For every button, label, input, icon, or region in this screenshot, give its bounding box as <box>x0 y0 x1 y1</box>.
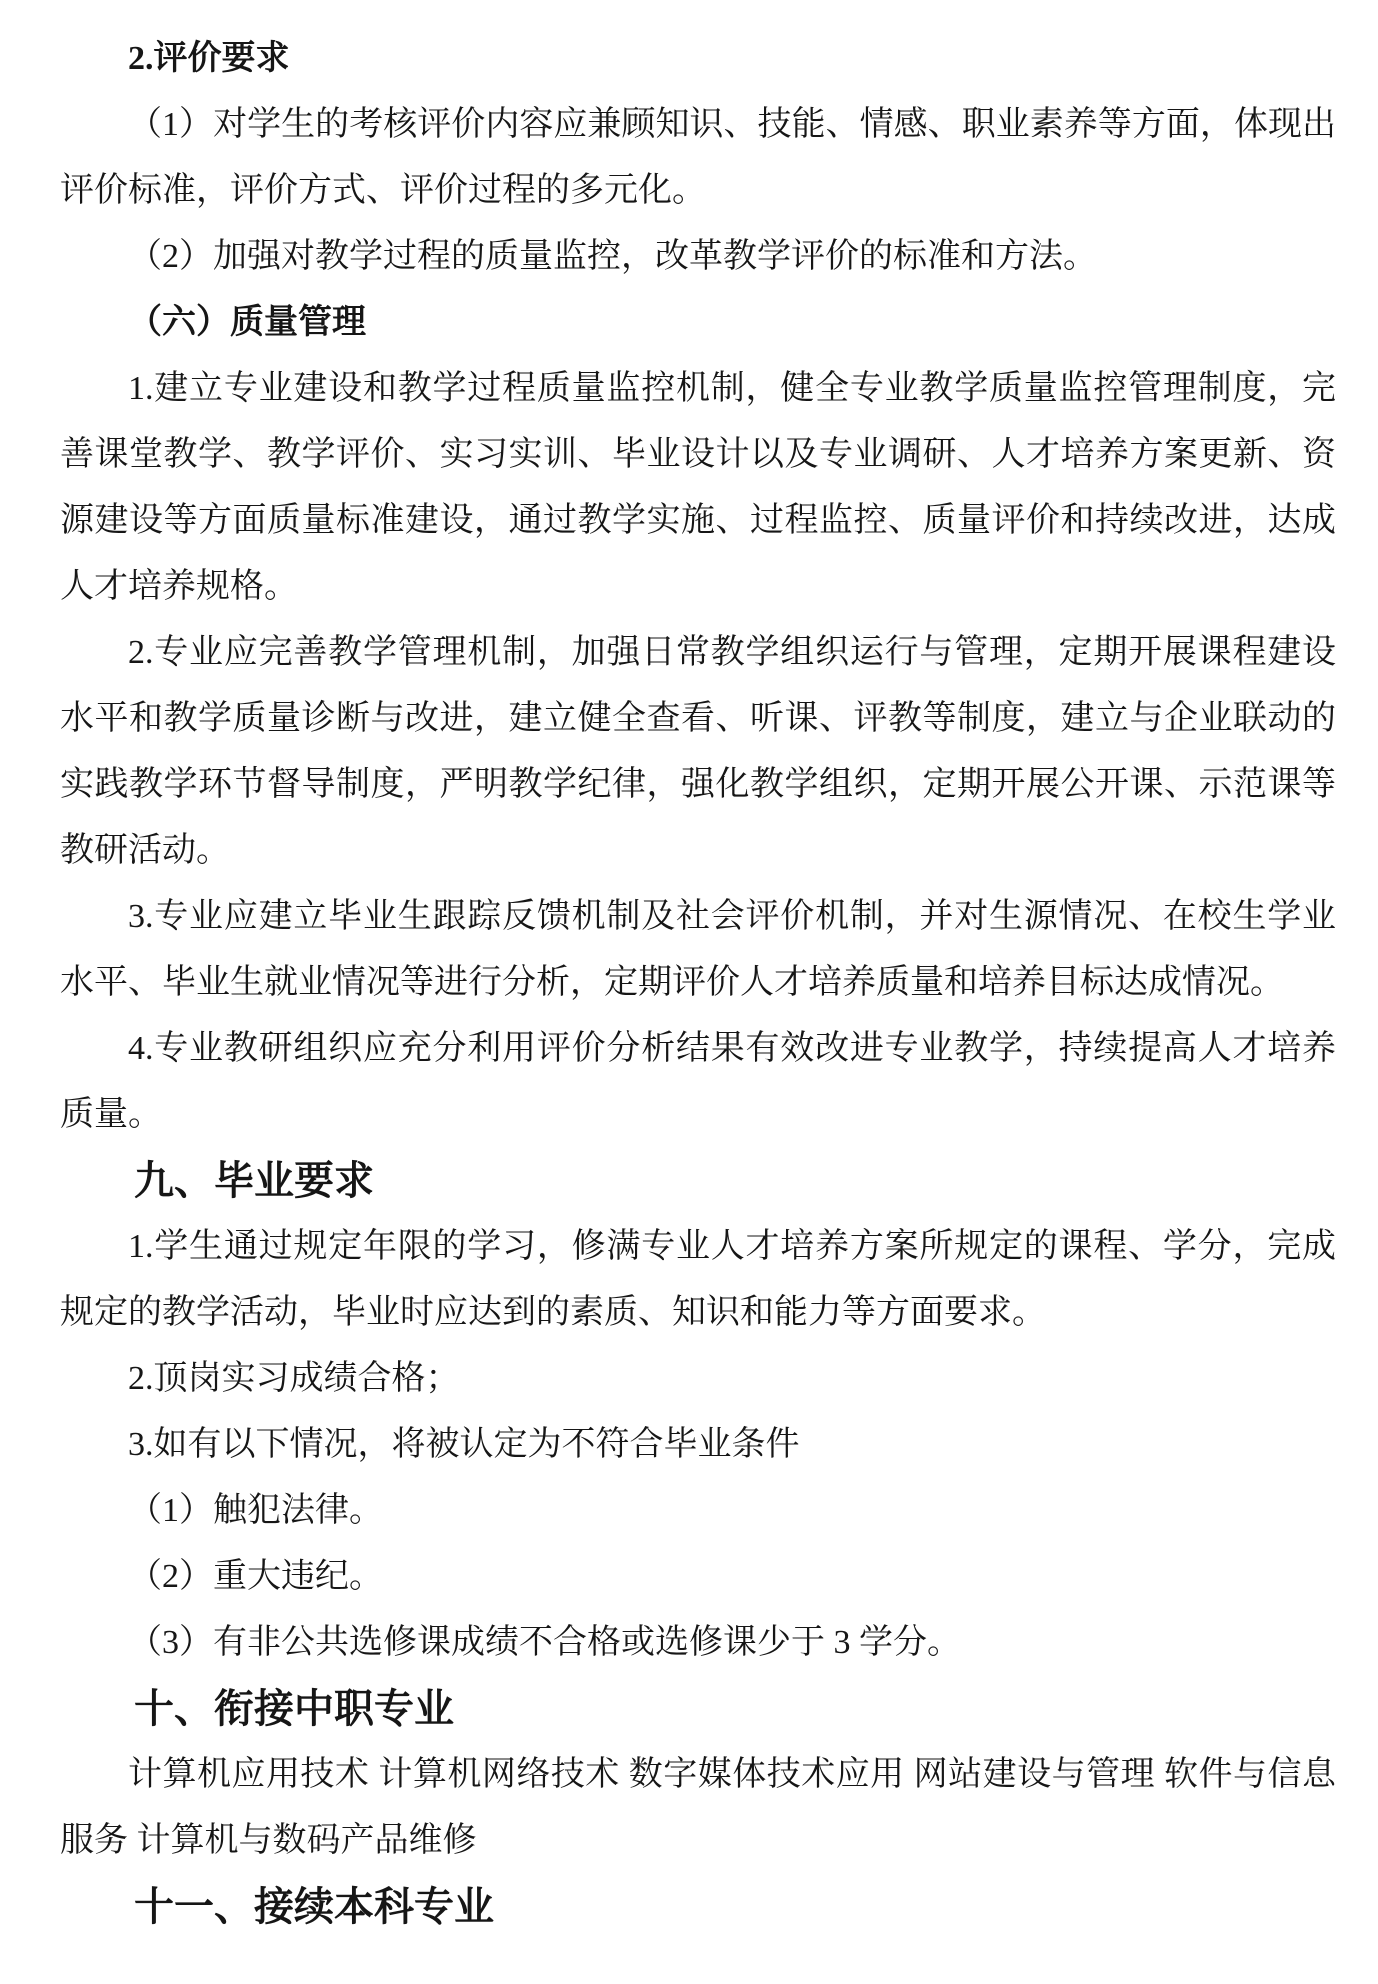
para-graduation-3-item-2: （2）重大违纪。 <box>60 1544 1336 1610</box>
para-secondary-vocational-major-list: 计算机应用技术 计算机网络技术 数字媒体技术应用 网站建设与管理 软件与信息服务… <box>60 1742 1336 1874</box>
para-quality-2: 2.专业应完善教学管理机制，加强日常教学组织运行与管理，定期开展课程建设水平和教… <box>60 620 1336 884</box>
heading-quality-management: （六）质量管理 <box>60 290 1336 356</box>
heading-evaluation-requirements: 2.评价要求 <box>60 26 1336 92</box>
para-graduation-2: 2.顶岗实习成绩合格； <box>60 1346 1336 1412</box>
heading-linked-secondary-vocational-majors: 十、衔接中职专业 <box>60 1676 1336 1742</box>
para-evaluation-item-1: （1）对学生的考核评价内容应兼顾知识、技能、情感、职业素养等方面，体现出评价标准… <box>60 92 1336 224</box>
para-graduation-3-item-3: （3）有非公共选修课成绩不合格或选修课少于 3 学分。 <box>60 1610 1336 1676</box>
para-graduation-1: 1.学生通过规定年限的学习，修满专业人才培养方案所规定的课程、学分，完成规定的教… <box>60 1214 1336 1346</box>
para-graduation-3-item-1: （1）触犯法律。 <box>60 1478 1336 1544</box>
para-quality-4: 4.专业教研组织应充分利用评价分析结果有效改进专业教学，持续提高人才培养质量。 <box>60 1016 1336 1148</box>
para-quality-1: 1.建立专业建设和教学过程质量监控机制，健全专业教学质量监控管理制度，完善课堂教… <box>60 356 1336 620</box>
para-quality-3: 3.专业应建立毕业生跟踪反馈机制及社会评价机制，并对生源情况、在校生学业水平、毕… <box>60 884 1336 1016</box>
para-evaluation-item-2: （2）加强对教学过程的质量监控，改革教学评价的标准和方法。 <box>60 224 1336 290</box>
para-graduation-3: 3.如有以下情况，将被认定为不符合毕业条件 <box>60 1412 1336 1478</box>
heading-subsequent-undergraduate-majors: 十一、接续本科专业 <box>60 1874 1336 1940</box>
document-content: 2.评价要求 （1）对学生的考核评价内容应兼顾知识、技能、情感、职业素养等方面，… <box>0 0 1378 1940</box>
document-page: 2.评价要求 （1）对学生的考核评价内容应兼顾知识、技能、情感、职业素养等方面，… <box>0 0 1378 1984</box>
heading-graduation-requirements: 九、毕业要求 <box>60 1148 1336 1214</box>
